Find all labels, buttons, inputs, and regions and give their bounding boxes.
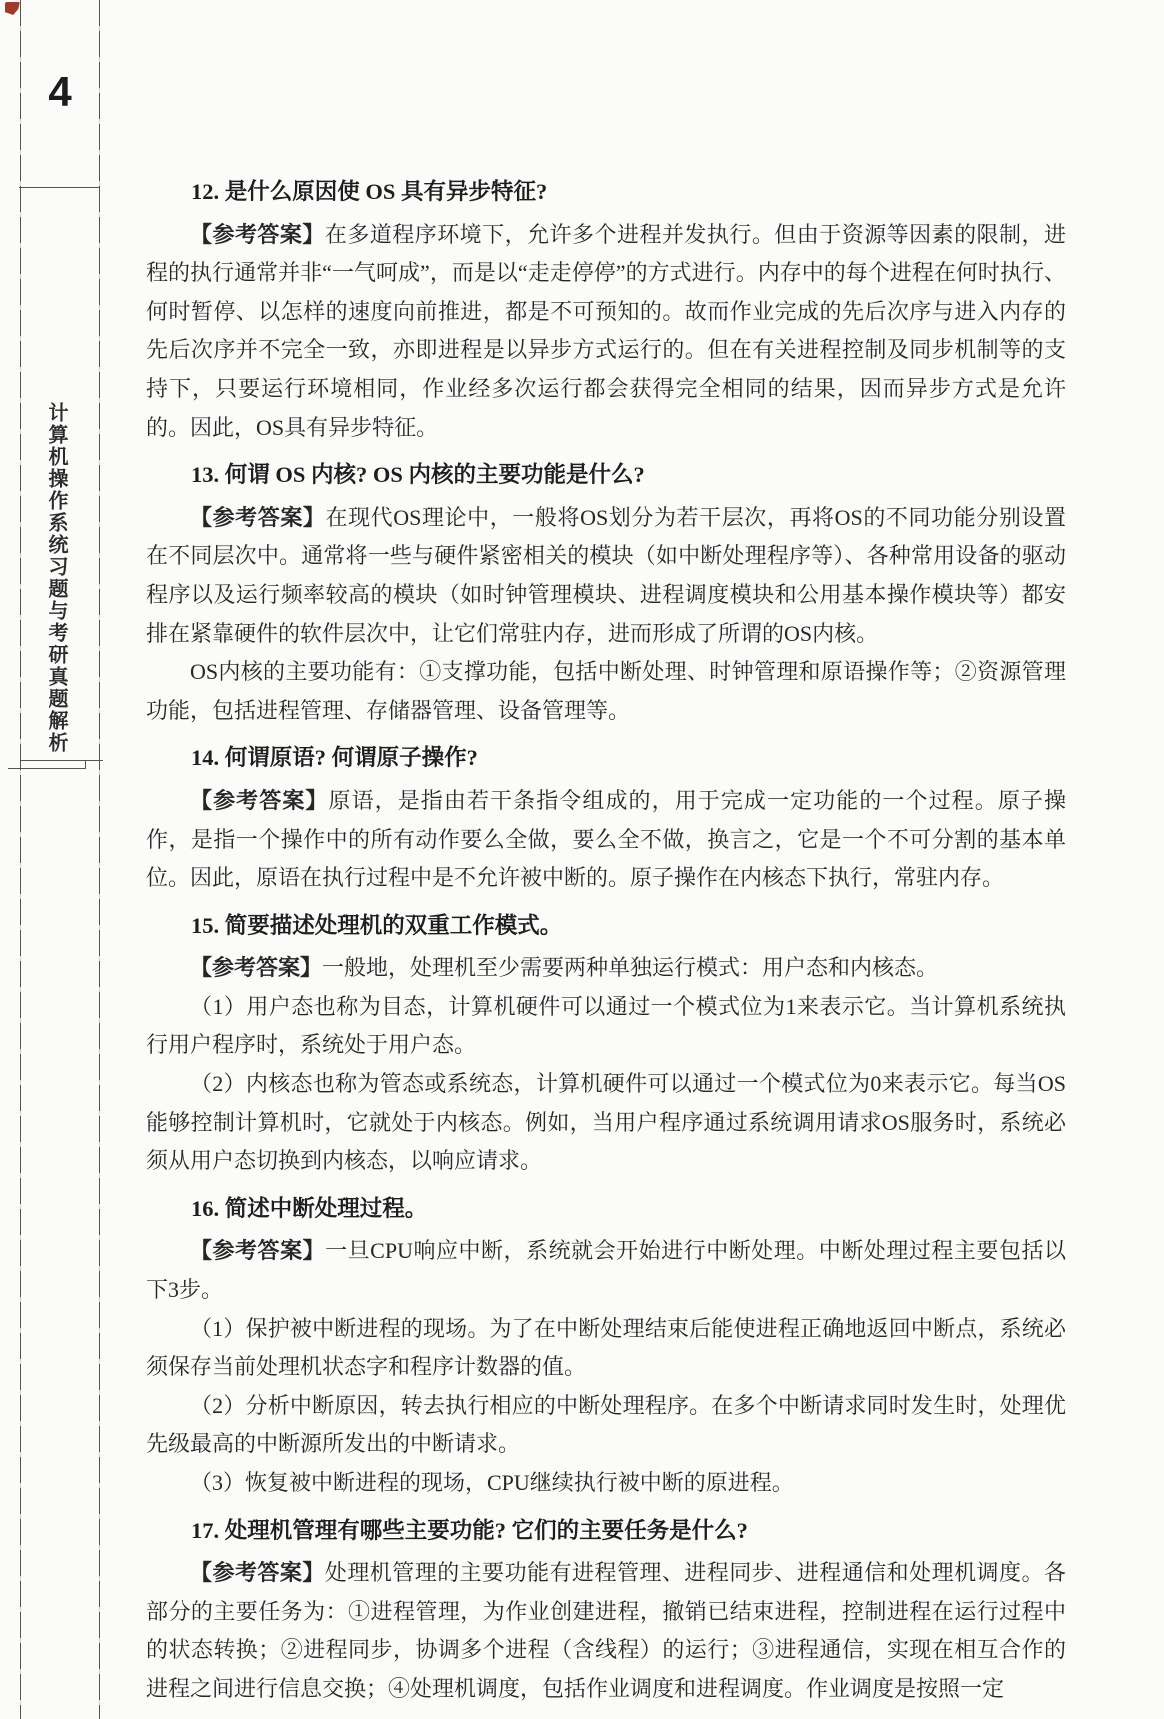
- rail-divider-bottom2: [8, 768, 86, 769]
- paragraph-text: （3）恢复被中断进程的现场，CPU继续执行被中断的原进程。: [190, 1470, 794, 1495]
- paragraph-text: （1）保护被中断进程的现场。为了在中断处理结束后能使进程正确地返回中断点，系统必…: [146, 1316, 1066, 1380]
- question-14: 14. 何谓原语? 何谓原子操作?: [146, 739, 1066, 778]
- answer-paragraph: 【参考答案】在现代OS理论中，一般将OS划分为若干层次，再将OS的不同功能分别设…: [146, 499, 1066, 653]
- answer-paragraph: 【参考答案】一般地，处理机至少需要两种单独运行模式：用户态和内核态。: [146, 949, 1066, 988]
- answer-label: 【参考答案】: [190, 505, 326, 530]
- scan-corner-mark: [5, 2, 20, 15]
- left-rail-line-outer: [20, 0, 21, 1719]
- answer-paragraph: （1）用户态也称为目态，计算机硬件可以通过一个模式位为1来表示它。当计算机系统执…: [146, 988, 1066, 1065]
- question-17: 17. 处理机管理有哪些主要功能? 它们的主要任务是什么?: [146, 1512, 1066, 1551]
- answer-paragraph: 【参考答案】在多道程序环境下，允许多个进程并发执行。但由于资源等因素的限制，进程…: [146, 216, 1066, 448]
- answer-paragraph: （2）分析中断原因，转去执行相应的中断处理程序。在多个中断请求同时发生时，处理优…: [146, 1387, 1066, 1464]
- left-rail-line-inner: [99, 0, 100, 1719]
- question-15: 15. 简要描述处理机的双重工作模式。: [146, 907, 1066, 946]
- answer-paragraph: 【参考答案】处理机管理的主要功能有进程管理、进程同步、进程通信和处理机调度。各部…: [146, 1554, 1066, 1708]
- answer-paragraph: （1）保护被中断进程的现场。为了在中断处理结束后能使进程正确地返回中断点，系统必…: [146, 1310, 1066, 1387]
- answer-label: 【参考答案】: [190, 788, 328, 813]
- answer-label: 【参考答案】: [190, 1238, 325, 1263]
- answer-paragraph: 【参考答案】一旦CPU响应中断，系统就会开始进行中断处理。中断处理过程主要包括以…: [146, 1232, 1066, 1309]
- paragraph-text: 在多道程序环境下，允许多个进程并发执行。但由于资源等因素的限制，进程的执行通常并…: [146, 222, 1066, 440]
- book-title-vertical: 计算机操作系统习题与考研真题解析: [42, 402, 71, 754]
- answer-label: 【参考答案】: [190, 955, 322, 980]
- rail-divider-bottom: [20, 760, 103, 761]
- answer-paragraph: （2）内核态也称为管态或系统态，计算机硬件可以通过一个模式位为0来表示它。每当O…: [146, 1065, 1066, 1181]
- rail-divider-top: [19, 187, 100, 188]
- scanned-book-page: 4 计算机操作系统习题与考研真题解析 12. 是什么原因使 OS 具有异步特征?…: [0, 0, 1164, 1719]
- page-content: 12. 是什么原因使 OS 具有异步特征? 【参考答案】在多道程序环境下，允许多…: [146, 164, 1066, 1709]
- paragraph-text: 一般地，处理机至少需要两种单独运行模式：用户态和内核态。: [322, 955, 938, 980]
- answer-label: 【参考答案】: [190, 222, 325, 247]
- page-number: 4: [36, 68, 84, 116]
- paragraph-text: OS内核的主要功能有：①支撑功能，包括中断处理、时钟管理和原语操作等；②资源管理…: [146, 659, 1066, 723]
- answer-paragraph: OS内核的主要功能有：①支撑功能，包括中断处理、时钟管理和原语操作等；②资源管理…: [146, 653, 1066, 730]
- paragraph-text: （2）分析中断原因，转去执行相应的中断处理程序。在多个中断请求同时发生时，处理优…: [146, 1393, 1066, 1457]
- answer-paragraph: （3）恢复被中断进程的现场，CPU继续执行被中断的原进程。: [146, 1464, 1066, 1503]
- answer-label: 【参考答案】: [190, 1560, 325, 1585]
- paragraph-text: （1）用户态也称为目态，计算机硬件可以通过一个模式位为1来表示它。当计算机系统执…: [146, 994, 1066, 1058]
- question-12: 12. 是什么原因使 OS 具有异步特征?: [146, 173, 1066, 212]
- paragraph-text: （2）内核态也称为管态或系统态，计算机硬件可以通过一个模式位为0来表示它。每当O…: [146, 1071, 1066, 1173]
- question-16: 16. 简述中断处理过程。: [146, 1190, 1066, 1229]
- question-13: 13. 何谓 OS 内核? OS 内核的主要功能是什么?: [146, 456, 1066, 495]
- answer-paragraph: 【参考答案】原语，是指由若干条指令组成的，用于完成一定功能的一个过程。原子操作，…: [146, 782, 1066, 898]
